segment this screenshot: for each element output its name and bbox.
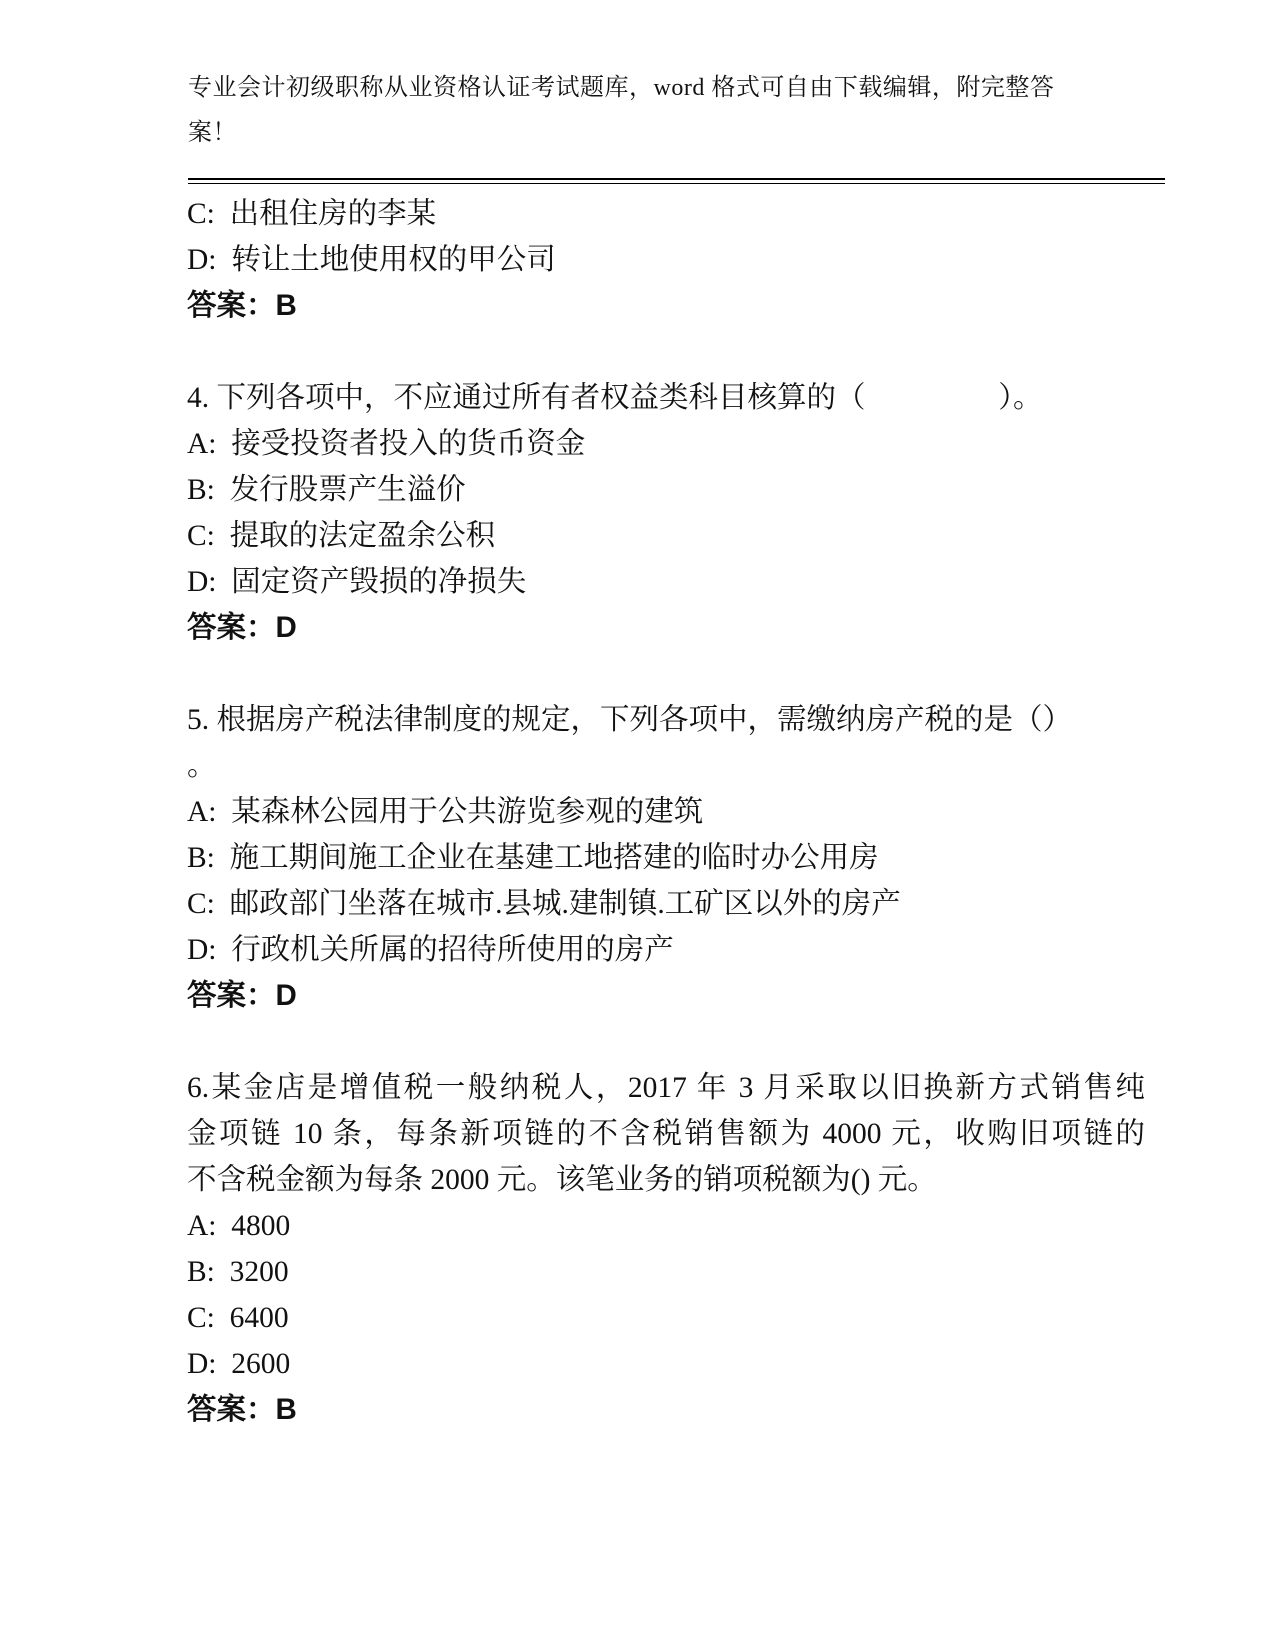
q6-option-b: B: 3200 bbox=[187, 1249, 1145, 1295]
q5-title-line-2: 。 bbox=[187, 743, 1145, 789]
q3-option-d: D: 转让土地使用权的甲公司 bbox=[187, 237, 1145, 283]
q5-title-line-1: 5. 根据房产税法律制度的规定，下列各项中，需缴纳房产税的是（） bbox=[187, 697, 1145, 743]
blank-line bbox=[187, 1019, 1145, 1065]
q4-option-c: C: 提取的法定盈余公积 bbox=[187, 513, 1145, 559]
q6-answer-line: 答案：B bbox=[187, 1387, 1145, 1433]
q5-option-d: D: 行政机关所属的招待所使用的房产 bbox=[187, 927, 1145, 973]
q4-answer-value: D bbox=[276, 611, 297, 644]
q5-option-c: C: 邮政部门坐落在城市.县城.建制镇.工矿区以外的房产 bbox=[187, 881, 1145, 927]
header-line-2: 案！ bbox=[188, 111, 1118, 156]
q5-option-a: A: 某森林公园用于公共游览参观的建筑 bbox=[187, 789, 1145, 835]
blank-line bbox=[187, 329, 1145, 375]
q6-title-line-1: 6.某金店是增值税一般纳税人，2017 年 3 月采取以旧换新方式销售纯 bbox=[187, 1065, 1145, 1111]
page-header: 专业会计初级职称从业资格认证考试题库，word 格式可自由下载编辑，附完整答 案… bbox=[0, 0, 1275, 184]
header-rule bbox=[188, 178, 1165, 184]
q5-answer-label: 答案： bbox=[187, 980, 276, 1012]
q5-answer-line: 答案：D bbox=[187, 973, 1145, 1019]
header-line-1: 专业会计初级职称从业资格认证考试题库，word 格式可自由下载编辑，附完整答 bbox=[188, 66, 1118, 111]
q4-option-d: D: 固定资产毁损的净损失 bbox=[187, 559, 1145, 605]
q4-answer-line: 答案：D bbox=[187, 605, 1145, 651]
blank-line bbox=[187, 651, 1145, 697]
q5-answer-value: D bbox=[276, 979, 297, 1012]
q6-option-d: D: 2600 bbox=[187, 1341, 1145, 1387]
q5-option-b: B: 施工期间施工企业在基建工地搭建的临时办公用房 bbox=[187, 835, 1145, 881]
q6-title-line-3: 不含税金额为每条 2000 元。该笔业务的销项税额为() 元。 bbox=[187, 1157, 1145, 1203]
q4-answer-label: 答案： bbox=[187, 612, 276, 644]
document-body: C: 出租住房的李某 D: 转让土地使用权的甲公司 答案：B 4. 下列各项中，… bbox=[187, 191, 1145, 1433]
q4-option-b: B: 发行股票产生溢价 bbox=[187, 467, 1145, 513]
q3-answer-label: 答案： bbox=[187, 290, 276, 322]
q6-answer-value: B bbox=[276, 1393, 297, 1426]
q4-option-a: A: 接受投资者投入的货币资金 bbox=[187, 421, 1145, 467]
q6-option-a: A: 4800 bbox=[187, 1203, 1145, 1249]
q4-title: 4. 下列各项中，不应通过所有者权益类科目核算的（ ）。 bbox=[187, 375, 1145, 421]
q6-answer-label: 答案： bbox=[187, 1394, 276, 1426]
document-page: 专业会计初级职称从业资格认证考试题库，word 格式可自由下载编辑，附完整答 案… bbox=[0, 0, 1275, 1650]
q3-answer-value: B bbox=[276, 289, 297, 322]
q6-option-c: C: 6400 bbox=[187, 1295, 1145, 1341]
q6-title-line-2: 金项链 10 条，每条新项链的不含税销售额为 4000 元，收购旧项链的 bbox=[187, 1111, 1145, 1157]
q3-option-c: C: 出租住房的李某 bbox=[187, 191, 1145, 237]
q3-answer-line: 答案：B bbox=[187, 283, 1145, 329]
